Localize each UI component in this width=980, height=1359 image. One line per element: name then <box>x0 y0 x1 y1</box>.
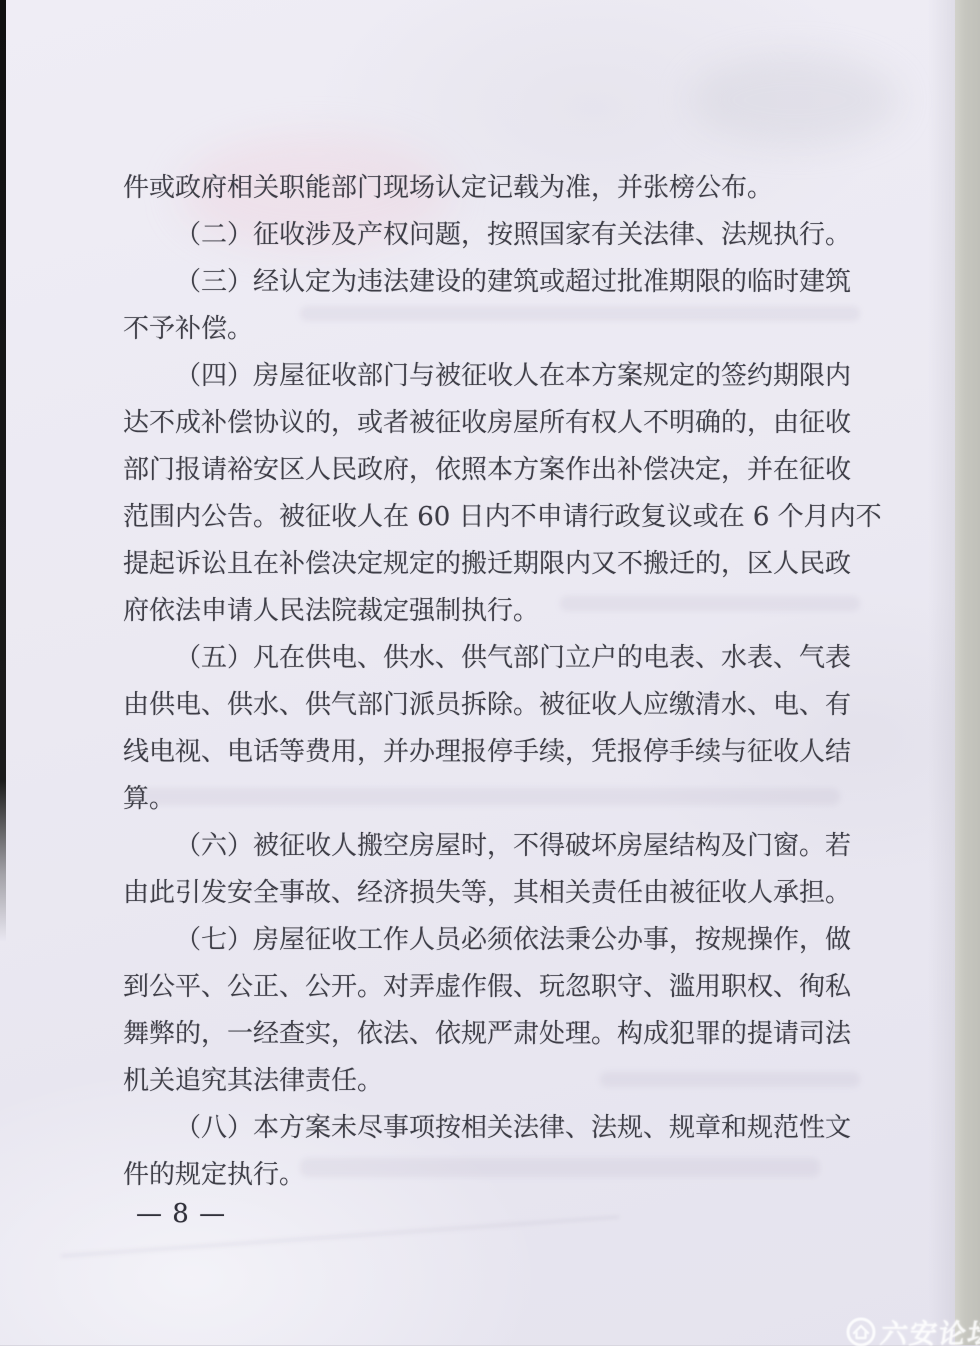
document-body: 件或政府相关职能部门现场认定记载为准，并张榜公布。 （二）征收涉及产权问题，按照… <box>123 165 863 1199</box>
paper: 件或政府相关职能部门现场认定记载为准，并张榜公布。 （二）征收涉及产权问题，按照… <box>0 0 958 1345</box>
page-number: — 8 — <box>136 1191 226 1238</box>
text-line: 提起诉讼且在补偿决定规定的搬迁期限内又不搬迁的，区人民政 <box>123 541 863 588</box>
text-line: 由供电、供水、供气部门派员拆除。被征收人应缴清水、电、有 <box>123 682 863 729</box>
scanner-bed-right <box>955 0 980 1345</box>
text-line: 达不成补偿协议的，或者被征收房屋所有权人不明确的，由征收 <box>123 400 863 447</box>
text-line: 府依法申请人民法院裁定强制执行。 <box>123 588 863 635</box>
text-line: （二）征收涉及产权问题，按照国家有关法律、法规执行。 <box>123 212 863 259</box>
text-line: 件或政府相关职能部门现场认定记载为准，并张榜公布。 <box>123 165 863 212</box>
text-line: 到公平、公正、公开。对弄虚作假、玩忽职守、滥用职权、徇私 <box>123 964 863 1011</box>
text-line: 算。 <box>123 776 863 823</box>
paper-edge-shadow <box>928 0 958 1345</box>
text-line: （七）房屋征收工作人员必须依法秉公办事，按规操作，做 <box>123 917 863 964</box>
text-line: （四）房屋征收部门与被征收人在本方案规定的签约期限内 <box>123 353 863 400</box>
scan-edge-bottom <box>0 1345 980 1359</box>
forum-watermark: 六安论坛 <box>845 1312 980 1351</box>
text-line: （六）被征收人搬空房屋时，不得破坏房屋结构及门窗。若 <box>123 823 863 870</box>
text-line: 机关追究其法律责任。 <box>123 1058 863 1105</box>
text-line: 不予补偿。 <box>123 306 863 353</box>
text-line: （五）凡在供电、供水、供气部门立户的电表、水表、气表 <box>123 635 863 682</box>
text-line: 线电视、电话等费用，并办理报停手续，凭报停手续与征收人结 <box>123 729 863 776</box>
watermark-label: 六安论坛 <box>878 1312 980 1351</box>
scan-smudge <box>690 55 900 145</box>
scan-edge-left <box>0 0 6 1345</box>
text-line: 舞弊的，一经查实，依法、依规严肃处理。构成犯罪的提请司法 <box>123 1011 863 1058</box>
text-line: 由此引发安全事故、经济损失等，其相关责任由被征收人承担。 <box>123 870 863 917</box>
text-line: 范围内公告。被征收人在 60 日内不申请行政复议或在 6 个月内不 <box>123 494 863 541</box>
text-line: （八）本方案未尽事项按相关法律、法规、规章和规范性文 <box>123 1105 863 1152</box>
text-line: （三）经认定为违法建设的建筑或超过批准期限的临时建筑 <box>123 259 863 306</box>
text-line: 件的规定执行。 <box>123 1152 863 1199</box>
scanned-document-page: { "doc": { "body_lines": [ "件或政府相关职能部门现场… <box>0 0 980 1359</box>
house-circle-icon <box>845 1316 877 1348</box>
text-line: 部门报请裕安区人民政府，依照本方案作出补偿决定，并在征收 <box>123 447 863 494</box>
